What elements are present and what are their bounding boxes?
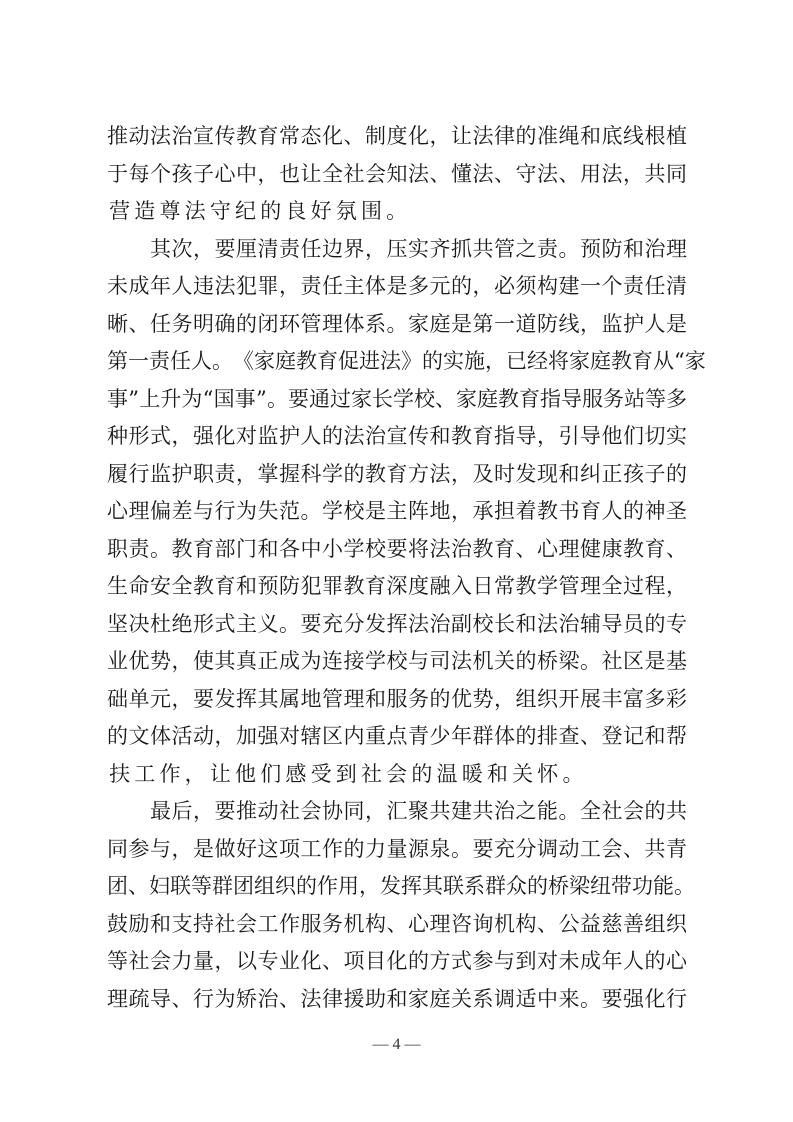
text-line: 职责。教育部门和各中小学校要将法治教育、心理健康教育、: [107, 531, 687, 569]
text-line: 理疏导、行为矫治、法律援助和家庭关系调适中来。要强化行: [107, 981, 687, 1019]
text-line: 事”上升为“国事”。要通过家长学校、家庭教育指导服务站等多: [107, 381, 687, 419]
text-line: 未成年人违法犯罪，责任主体是多元的，必须构建一个责任清: [107, 268, 687, 306]
document-body: 推动法治宣传教育常态化、制度化，让法律的准绳和底线根植于每个孩子心中，也让全社会…: [107, 118, 687, 1018]
text-line: 同参与，是做好这项工作的力量源泉。要充分调动工会、共青: [107, 831, 687, 869]
text-line: 最后，要推动社会协同，汇聚共建共治之能。全社会的共: [107, 793, 687, 831]
text-line: 业优势，使其真正成为连接学校与司法机关的桥梁。社区是基: [107, 643, 687, 681]
text-line: 履行监护职责，掌握科学的教育方法，及时发现和纠正孩子的: [107, 456, 687, 494]
text-line: 晰、任务明确的闭环管理体系。家庭是第一道防线，监护人是: [107, 306, 687, 344]
text-line: 生命安全教育和预防犯罪教育深度融入日常教学管理全过程，: [107, 568, 687, 606]
text-line: 第一责任人。《家庭教育促进法》的实施，已经将家庭教育从“家: [107, 343, 687, 381]
text-line: 推动法治宣传教育常态化、制度化，让法律的准绳和底线根植: [107, 118, 687, 156]
text-line: 鼓励和支持社会工作服务机构、心理咨询机构、公益慈善组织: [107, 906, 687, 944]
text-line: 心理偏差与行为失范。学校是主阵地，承担着教书育人的神圣: [107, 493, 687, 531]
text-line: 的文体活动，加强对辖区内重点青少年群体的排查、登记和帮: [107, 718, 687, 756]
text-line: 种形式，强化对监护人的法治宣传和教育指导，引导他们切实: [107, 418, 687, 456]
text-line: 于每个孩子心中，也让全社会知法、懂法、守法、用法，共同: [107, 156, 687, 194]
text-line: 团、妇联等群团组织的作用，发挥其联系群众的桥梁纽带功能。: [107, 868, 687, 906]
text-line: 其次，要厘清责任边界，压实齐抓共管之责。预防和治理: [107, 231, 687, 269]
text-line: 础单元，要发挥其属地管理和服务的优势，组织开展丰富多彩: [107, 681, 687, 719]
text-line: 营造尊法守纪的良好氛围。: [107, 193, 687, 231]
text-line: 坚决杜绝形式主义。要充分发挥法治副校长和法治辅导员的专: [107, 606, 687, 644]
text-line: 等社会力量，以专业化、项目化的方式参与到对未成年人的心: [107, 943, 687, 981]
text-line: 扶工作，让他们感受到社会的温暖和关怀。: [107, 756, 687, 794]
page-number: — 4 —: [0, 1036, 793, 1054]
